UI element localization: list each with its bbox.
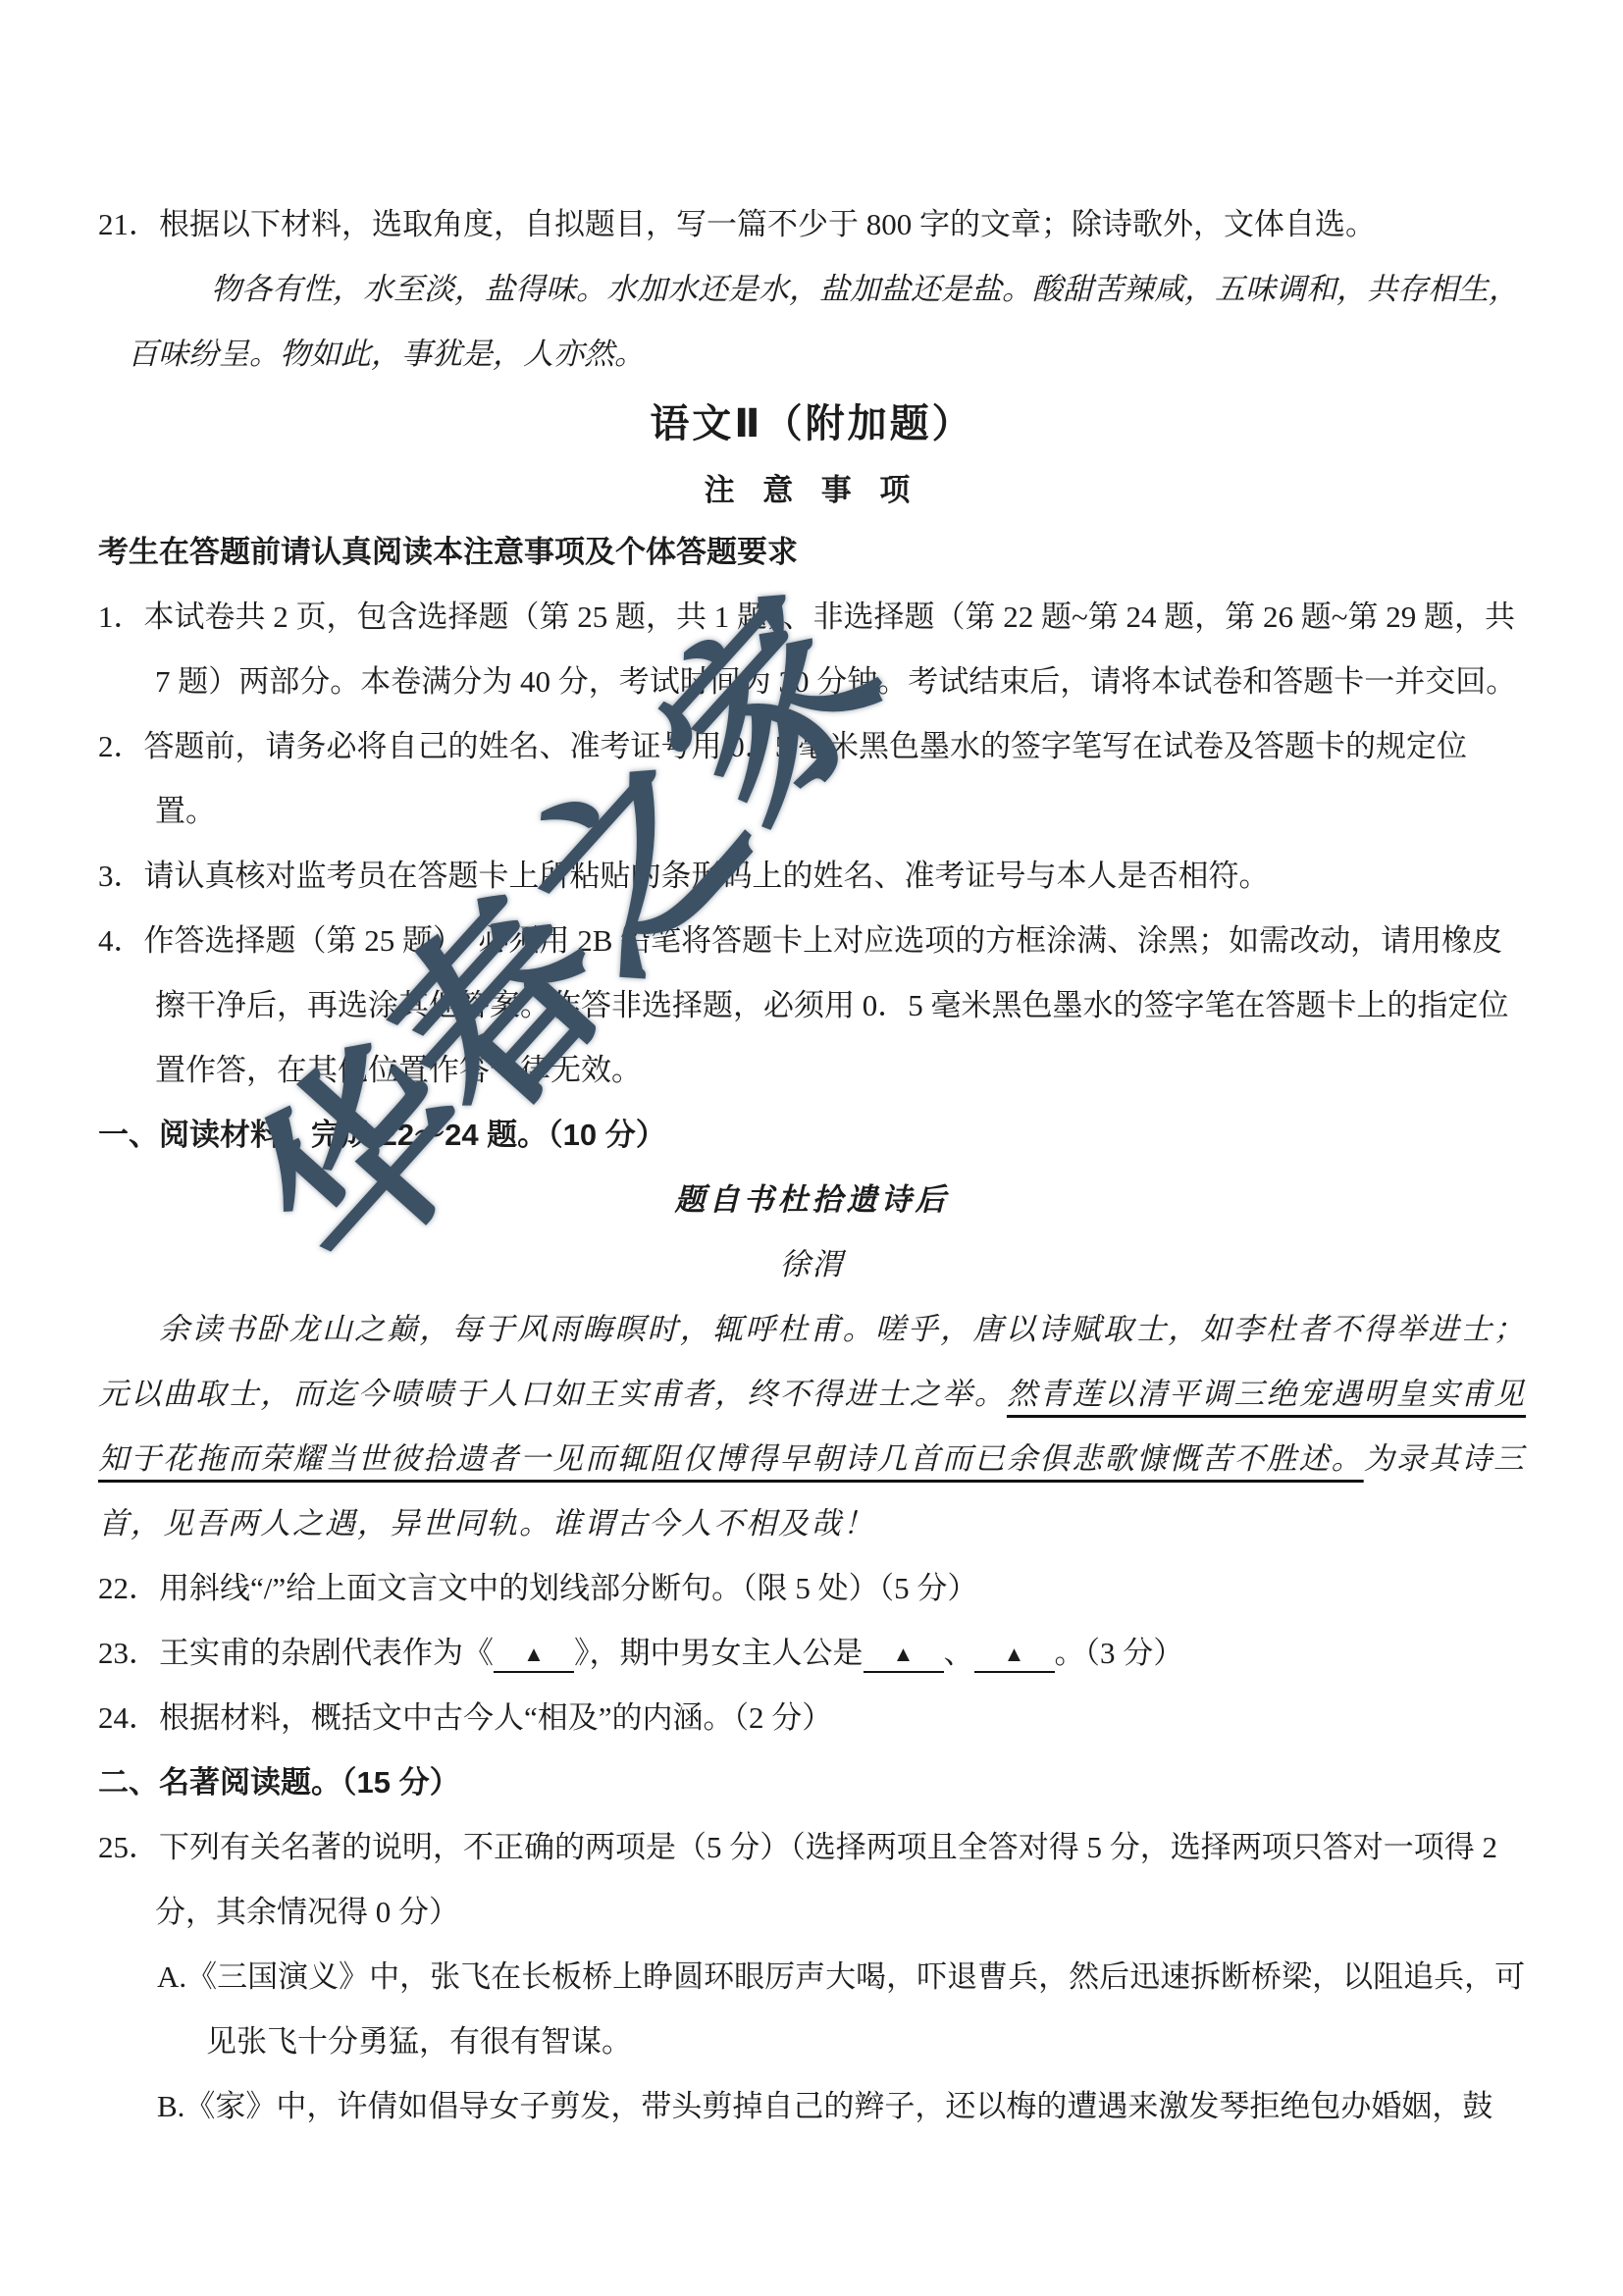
answer-blank-2: ▲ [864, 1644, 944, 1673]
reading-material-author: 徐渭 [98, 1232, 1526, 1297]
essay-quote-line-2: 百味纷呈。物如此，事犹是，人亦然。 [128, 322, 1526, 387]
question-23-text-pre: 23．王实甫的杂剧代表作为《 [98, 1636, 494, 1670]
question-25: 25．下列有关名著的说明，不正确的两项是（5 分）（选择两项且全答对得 5 分，… [98, 1815, 1526, 1945]
section-2-heading: 二、名著阅读题。（15 分） [98, 1750, 1526, 1815]
reading-passage: 余读书卧龙山之巅，每于风雨晦暝时，辄呼杜甫。嗟乎，唐以诗赋取士，如李杜者不得举进… [98, 1297, 1526, 1556]
question-23: 23．王实甫的杂剧代表作为《▲》，期中男女主人公是▲、▲。（3 分） [98, 1621, 1526, 1686]
question-23-text-mid: 》，期中男女主人公是 [574, 1636, 864, 1670]
instruction-4: 4．作答选择题（第 25 题），必须用 2B 铅笔将答题卡上对应选项的方框涂满、… [98, 909, 1526, 1103]
question-22: 22．用斜线“/”给上面文言文中的划线部分断句。（限 5 处）（5 分） [98, 1556, 1526, 1621]
reading-material-title: 题自书杜拾遗诗后 [98, 1168, 1526, 1232]
notice-title: 注 意 事 项 [98, 461, 1526, 520]
question-23-text-end: 。（3 分） [1055, 1636, 1184, 1670]
notice-intro: 考生在答题前请认真阅读本注意事项及个体答题要求 [98, 520, 1526, 585]
instruction-2: 2．答题前，请务必将自己的姓名、准考证号用 0．5 毫米黑色墨水的签字笔写在试卷… [98, 714, 1526, 844]
page-content: 21．根据以下材料，选取角度，自拟题目，写一篇不少于 800 字的文章；除诗歌外… [98, 192, 1526, 2139]
option-a: A.《三国演义》中，张飞在长板桥上睁圆环眼厉声大喝，吓退曹兵，然后迅速拆断桥梁，… [98, 1945, 1526, 2074]
exam-page: 华春之家 21．根据以下材料，选取角度，自拟题目，写一篇不少于 800 字的文章… [0, 0, 1623, 2296]
question-24: 24．根据材料，概括文中古今人“相及”的内涵。（2 分） [98, 1686, 1526, 1750]
question-23-separator: 、 [944, 1636, 974, 1670]
answer-blank-3: ▲ [974, 1644, 1055, 1673]
instruction-1: 1．本试卷共 2 页，包含选择题（第 25 题，共 1 题）、非选择题（第 22… [98, 585, 1526, 714]
essay-quote-line-1: 物各有性，水至淡，盐得味。水加水还是水，盐加盐还是盐。酸甜苦辣咸，五味调和，共存… [211, 257, 1526, 322]
instruction-3: 3．请认真核对监考员在答题卡上所粘贴的条形码上的姓名、准考证号与本人是否相符。 [98, 844, 1526, 909]
question-21: 21．根据以下材料，选取角度，自拟题目，写一篇不少于 800 字的文章；除诗歌外… [98, 192, 1526, 257]
answer-blank-1: ▲ [494, 1644, 574, 1673]
section-1-heading: 一、阅读材料，完成 22～24 题。（10 分） [98, 1103, 1526, 1168]
paper-title: 语文Ⅱ（附加题） [98, 387, 1526, 461]
option-b: B.《家》中，许倩如倡导女子剪发，带头剪掉自己的辫子，还以梅的遭遇来激发琴拒绝包… [98, 2074, 1526, 2139]
